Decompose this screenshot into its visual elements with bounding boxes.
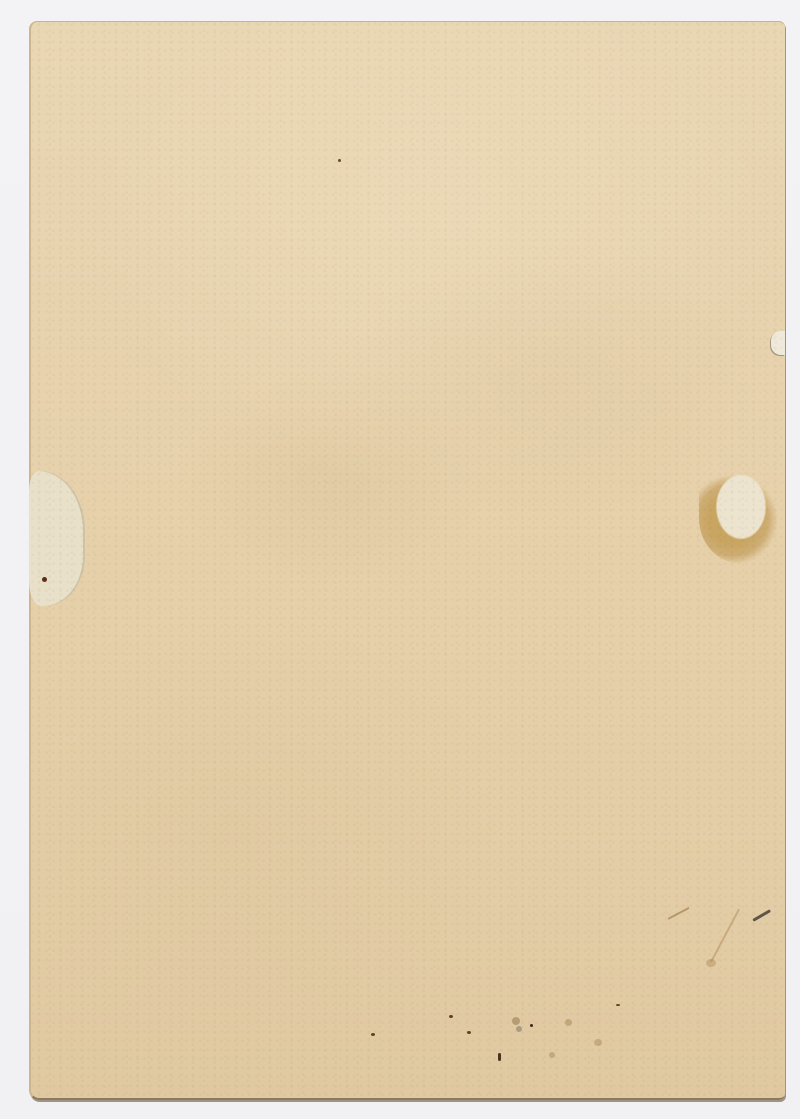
pin-hole — [42, 577, 47, 582]
foxing-spot — [549, 1052, 555, 1058]
foxing-spot — [530, 1024, 533, 1027]
foxing-spot — [565, 1019, 572, 1026]
foxing-spot — [449, 1015, 453, 1018]
ink-mark — [710, 909, 740, 963]
small-tear-right — [771, 331, 785, 355]
foxing-spot — [371, 1033, 375, 1036]
foxing-spot — [467, 1031, 471, 1034]
ink-mark — [752, 909, 771, 922]
torn-area-left — [29, 471, 85, 606]
ink-mark — [668, 907, 690, 920]
foxing-spot — [516, 1026, 522, 1032]
foxing-spot — [594, 1039, 602, 1046]
torn-area-right — [699, 455, 783, 563]
ink-spot — [706, 959, 716, 967]
paper-card — [29, 21, 785, 1100]
foxing-spot — [616, 1004, 620, 1006]
foxing-spot — [498, 1053, 501, 1061]
foxing-spot — [338, 159, 341, 162]
foxing-spot — [512, 1017, 520, 1025]
